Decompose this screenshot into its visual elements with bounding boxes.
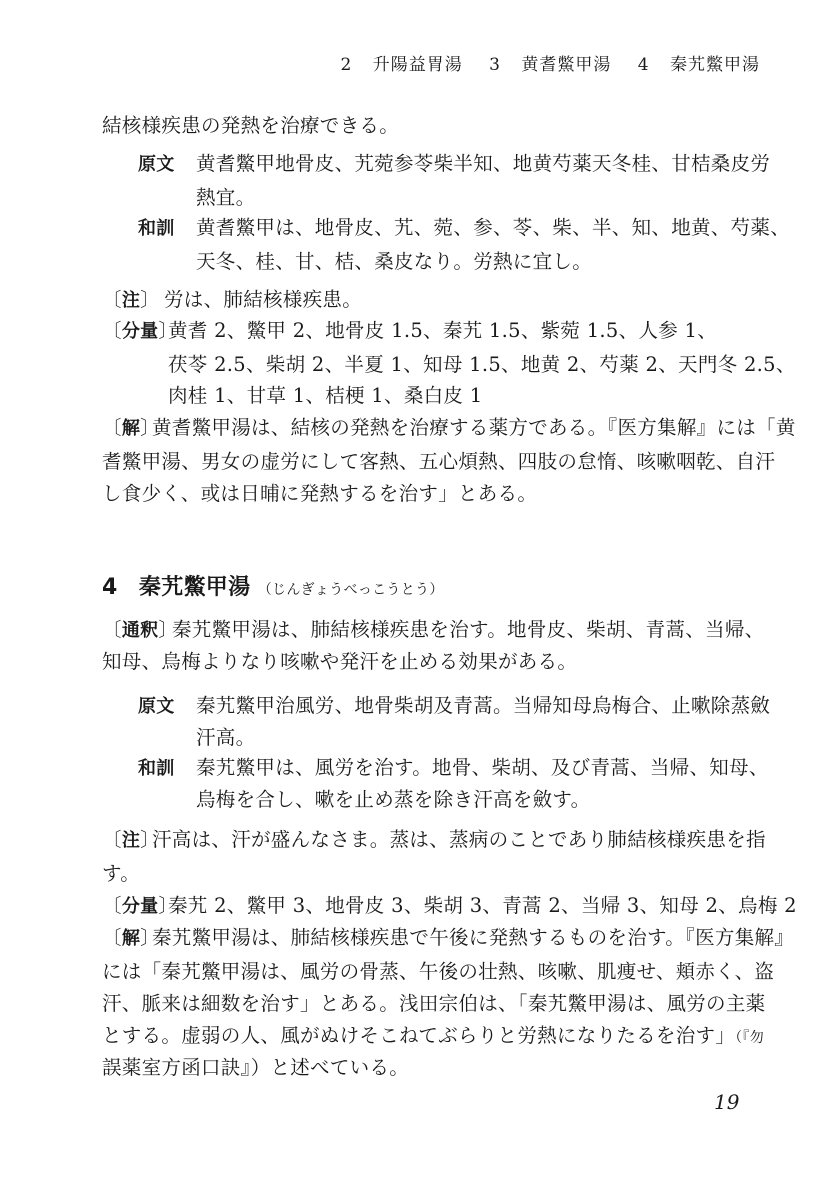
running-head: 2 升陽益胃湯 3 黄耆鱉甲湯 4 秦艽鱉甲湯 — [320, 50, 760, 75]
paragraph-line: 結核様疾患の発熱を治療できる。 — [102, 108, 399, 144]
running-head-title: 秦艽鱉甲湯 — [670, 55, 760, 75]
running-head-num: 2 — [340, 55, 352, 75]
running-head-title: 黄耆鱉甲湯 — [521, 55, 611, 75]
explanation-line: 秦艽鱉甲湯は、肺結核様疾患で午後に発熱するものを治す。『医方集解』 — [152, 920, 794, 956]
dosage-text: 秦艽 2、鱉甲 3、地骨皮 3、柴胡 3、青蒿 2、当帰 3、知母 2、烏梅 2 — [168, 888, 797, 924]
explanation-line: には「秦艽鱉甲湯は、風労の骨蒸、午後の壮熱、咳嗽、肌痩せ、頬赤く、盗 — [102, 954, 774, 990]
dosage-line: 肉桂 1、甘草 1、桔梗 1、桑白皮 1 — [168, 378, 482, 414]
genbun-line: 秦艽鱉甲治風労、地骨柴胡及青蒿。当帰知母烏梅合、止嗽除蒸斂 — [196, 688, 770, 724]
wakun-line: 烏梅を合し、嗽を止め蒸を除き汗高を斂す。 — [196, 782, 590, 818]
genbun-label: 原文 — [138, 688, 175, 725]
dosage-label: 〔分量〕 — [102, 313, 178, 350]
summary-line: 秦艽鱉甲湯は、肺結核様疾患を治す。地骨皮、柴胡、青蒿、当帰、 — [172, 612, 764, 648]
section-number: 4 — [102, 575, 118, 600]
note-line: す。 — [102, 856, 140, 892]
explanation-line: し食少く、或は日晡に発熱するを治す」とある。 — [102, 476, 537, 512]
section-title: 秦艽鱉甲湯 — [139, 575, 251, 600]
explanation-line: 誤薬室方函口訣』）と述べている。 — [102, 1050, 409, 1086]
note-line: 汗高は、汗が盛んなさま。蒸は、蒸病のことであり肺結核様疾患を指 — [152, 822, 766, 858]
running-head-num: 4 — [638, 55, 650, 75]
explanation-line: 汗、脈来は細数を治す」とある。浅田宗伯は、「秦艽鱉甲湯は、風労の主薬 — [102, 986, 765, 1022]
explanation-line: 黄耆鱉甲湯は、結核の発熱を治療する薬方である。『医方集解』には「黄 — [152, 410, 796, 446]
wakun-line: 天冬、桂、甘、桔、桑皮なり。労熱に宜し。 — [196, 244, 592, 280]
wakun-label: 和訓 — [138, 210, 175, 247]
wakun-line: 秦艽鱉甲は、風労を治す。地骨、柴胡、及び青蒿、当帰、知母、 — [196, 750, 769, 786]
genbun-label: 原文 — [138, 146, 175, 183]
running-head-num: 3 — [489, 55, 501, 75]
wakun-line: 黄耆鱉甲は、地骨皮、艽、菀、参、苓、柴、半、知、地黄、芍薬、 — [196, 210, 790, 246]
wakun-label: 和訓 — [138, 750, 175, 787]
summary-line: 知母、烏梅よりなり咳嗽や発汗を止める効果がある。 — [102, 644, 577, 680]
explanation-line: 耆鱉甲湯、男女の虚労にして客熱、五心煩熱、四肢の怠惰、咳嗽咽乾、自汗 — [102, 444, 775, 480]
genbun-line: 黄耆鱉甲地骨皮、艽菀参苓柴半知、地黄芍薬天冬桂、甘桔桑皮労 — [196, 146, 770, 182]
running-head-title: 升陽益胃湯 — [373, 55, 463, 75]
section-reading: （じんぎょうべっこうとう） — [258, 582, 444, 598]
dosage-line: 黄耆 2、鱉甲 2、地骨皮 1.5、秦艽 1.5、紫菀 1.5、人参 1、 — [168, 313, 717, 349]
page-number: 19 — [714, 1090, 739, 1114]
section-heading: 4 秦艽鱉甲湯 （じんぎょうべっこうとう） — [102, 570, 444, 608]
